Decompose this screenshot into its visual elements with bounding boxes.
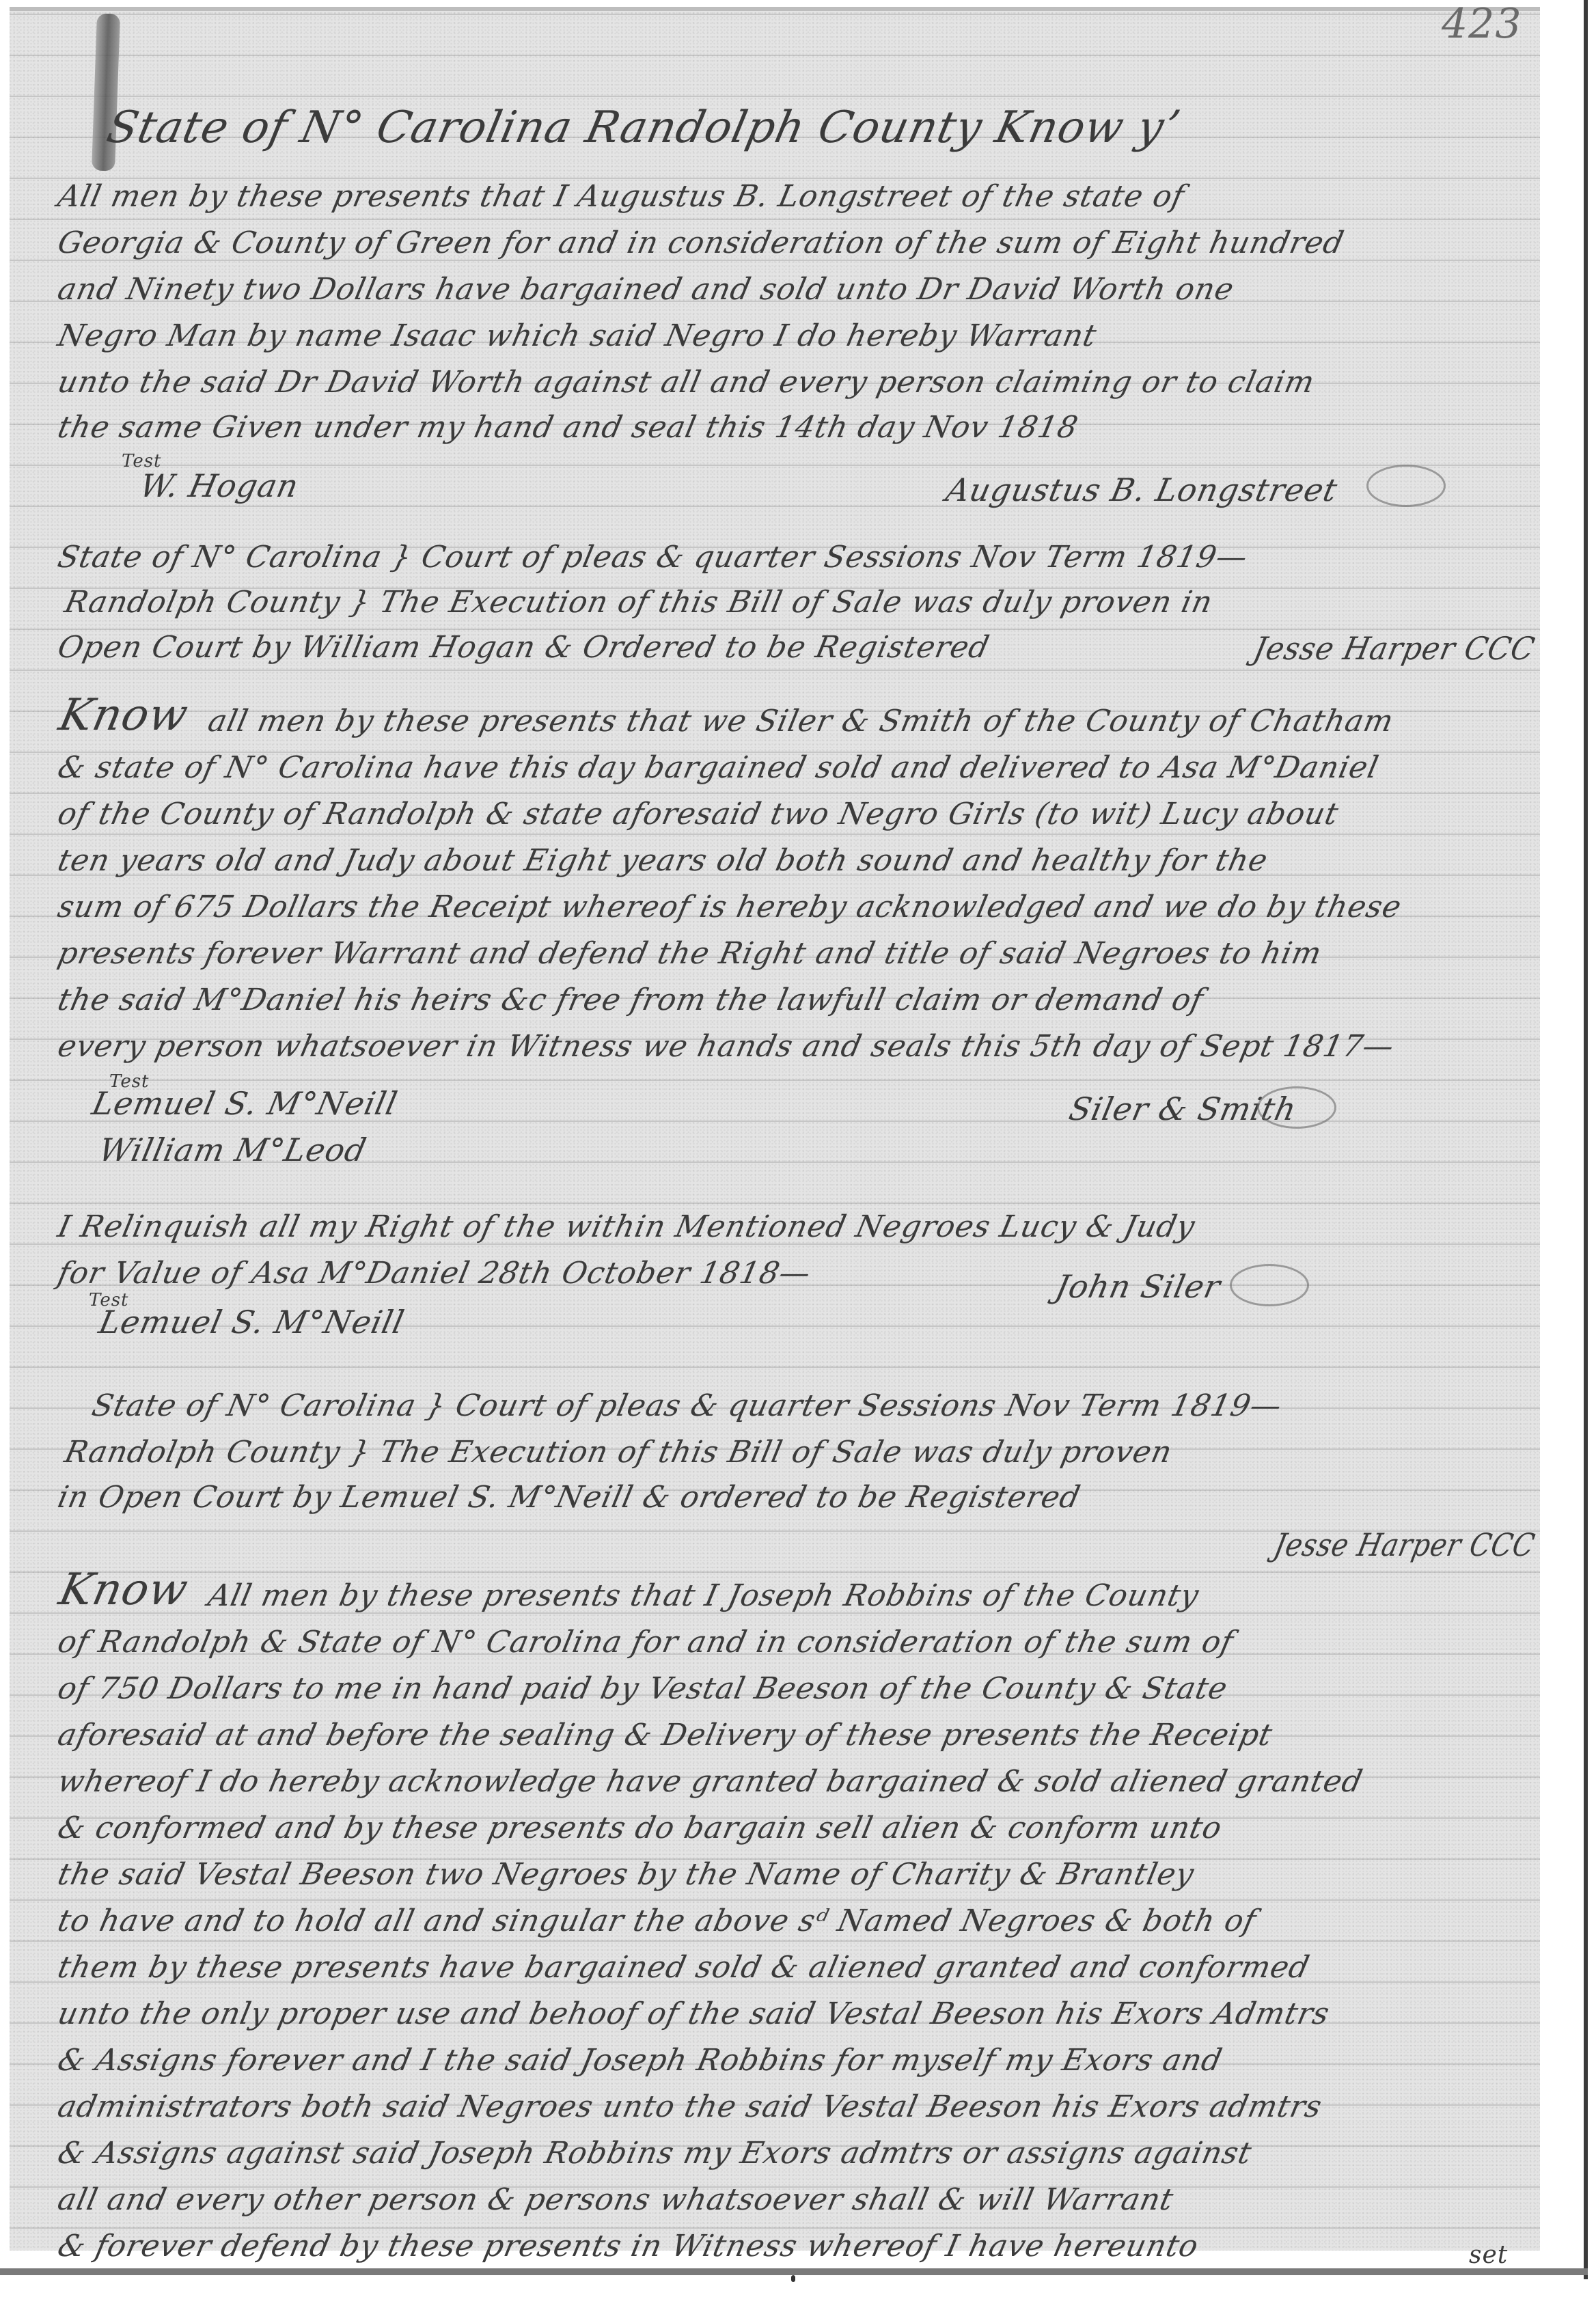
deed2-line: of the County of Randolph & state afores… bbox=[55, 797, 1342, 831]
deed3-line: & Assigns against said Joseph Robbins my… bbox=[55, 2136, 1255, 2171]
relinquishment-line: I Relinquish all my Right of the within … bbox=[55, 1209, 1198, 1244]
deed3-line: the said Vestal Beeson two Negroes by th… bbox=[55, 1857, 1198, 1892]
deed1-heading: State of N° Carolina Randolph County Kno… bbox=[102, 102, 1183, 153]
deed1-signature: Augustus B. Longstreet bbox=[943, 471, 1341, 508]
deed2-line: & state of N° Carolina have this day bar… bbox=[55, 750, 1382, 785]
deed2-line: all men by these presents that we Siler … bbox=[205, 704, 1397, 739]
probate1-line: Randolph County } The Execution of this … bbox=[61, 585, 1216, 620]
deed1-line: Georgia & County of Green for and in con… bbox=[55, 225, 1347, 260]
deed3-line: administrators both said Negroes unto th… bbox=[55, 2089, 1325, 2124]
deed1-witness: W. Hogan bbox=[137, 467, 302, 504]
probate1-line: Open Court by William Hogan & Ordered to… bbox=[55, 630, 993, 665]
deed1-line: All men by these presents that I Augustu… bbox=[55, 179, 1187, 214]
deed2-seal bbox=[1257, 1086, 1336, 1129]
relinquishment-signature: John Siler bbox=[1052, 1268, 1224, 1305]
deed1-line: Negro Man by name Isaac which said Negro… bbox=[55, 318, 1100, 353]
page-right-border bbox=[1584, 0, 1588, 2279]
page-number: 423 bbox=[1442, 0, 1522, 48]
deed3-line: & conformed and by these presents do bar… bbox=[55, 1811, 1225, 1845]
probate1-line: State of N° Carolina } Court of pleas & … bbox=[55, 540, 1251, 575]
deed3-line: & Assigns forever and I the said Joseph … bbox=[55, 2043, 1226, 2078]
deed2-witness: Lemuel S. M°Neill bbox=[89, 1085, 401, 1122]
page-bottom-border bbox=[0, 2268, 1588, 2275]
deed2-witness: William M°Leod bbox=[96, 1131, 370, 1168]
relinquishment-witness: Lemuel S. M°Neill bbox=[96, 1304, 408, 1341]
deed3-line: to have and to hold all and singular the… bbox=[55, 1903, 1259, 1938]
deed1-line: the same Given under my hand and seal th… bbox=[55, 410, 1082, 445]
deed3-line: whereof I do hereby acknowledge have gra… bbox=[55, 1764, 1366, 1799]
deed3-heading: Know bbox=[55, 1565, 193, 1615]
deed2-line: ten years old and Judy about Eight years… bbox=[55, 843, 1271, 878]
probate2-line: Randolph County } The Execution of this … bbox=[61, 1435, 1175, 1470]
deed3-line: aforesaid at and before the sealing & De… bbox=[55, 1718, 1276, 1752]
relinquishment-line: for Value of Asa M°Daniel 28th October 1… bbox=[55, 1256, 814, 1291]
ink-spot bbox=[791, 2275, 795, 2282]
deed3-line: of 750 Dollars to me in hand paid by Ves… bbox=[55, 1671, 1231, 1706]
page-top-edge bbox=[10, 7, 1540, 11]
relinquishment-seal bbox=[1230, 1264, 1309, 1306]
deed3-line: & forever defend by these presents in Wi… bbox=[55, 2229, 1202, 2264]
deed1-seal bbox=[1366, 465, 1446, 507]
deed3-line: them by these presents have bargained so… bbox=[55, 1950, 1313, 1985]
deed1-line: and Ninety two Dollars have bargained an… bbox=[55, 272, 1237, 307]
probate2-clerk: Jesse Harper CCC bbox=[1271, 1526, 1539, 1563]
deed3-line: of Randolph & State of N° Carolina for a… bbox=[55, 1625, 1237, 1660]
catchword: set bbox=[1469, 2241, 1508, 2269]
probate2-line: State of N° Carolina } Court of pleas & … bbox=[89, 1388, 1285, 1423]
probate2-line: in Open Court by Lemuel S. M°Neill & ord… bbox=[55, 1480, 1084, 1515]
deed2-line: sum of 675 Dollars the Receipt whereof i… bbox=[55, 890, 1405, 924]
deed2-heading: Know bbox=[55, 690, 193, 741]
deed3-line: All men by these presents that I Joseph … bbox=[205, 1578, 1202, 1613]
deed3-line: unto the only proper use and behoof of t… bbox=[55, 1996, 1333, 2031]
deed3-line: all and every other person & persons wha… bbox=[55, 2182, 1177, 2217]
probate1-clerk: Jesse Harper CCC bbox=[1250, 630, 1539, 667]
deed2-line: every person whatsoever in Witness we ha… bbox=[55, 1029, 1398, 1064]
deed2-line: the said M°Daniel his heirs &c free from… bbox=[55, 982, 1207, 1017]
deed2-line: presents forever Warrant and defend the … bbox=[55, 936, 1325, 971]
deed1-line: unto the said Dr David Worth against all… bbox=[55, 365, 1318, 400]
